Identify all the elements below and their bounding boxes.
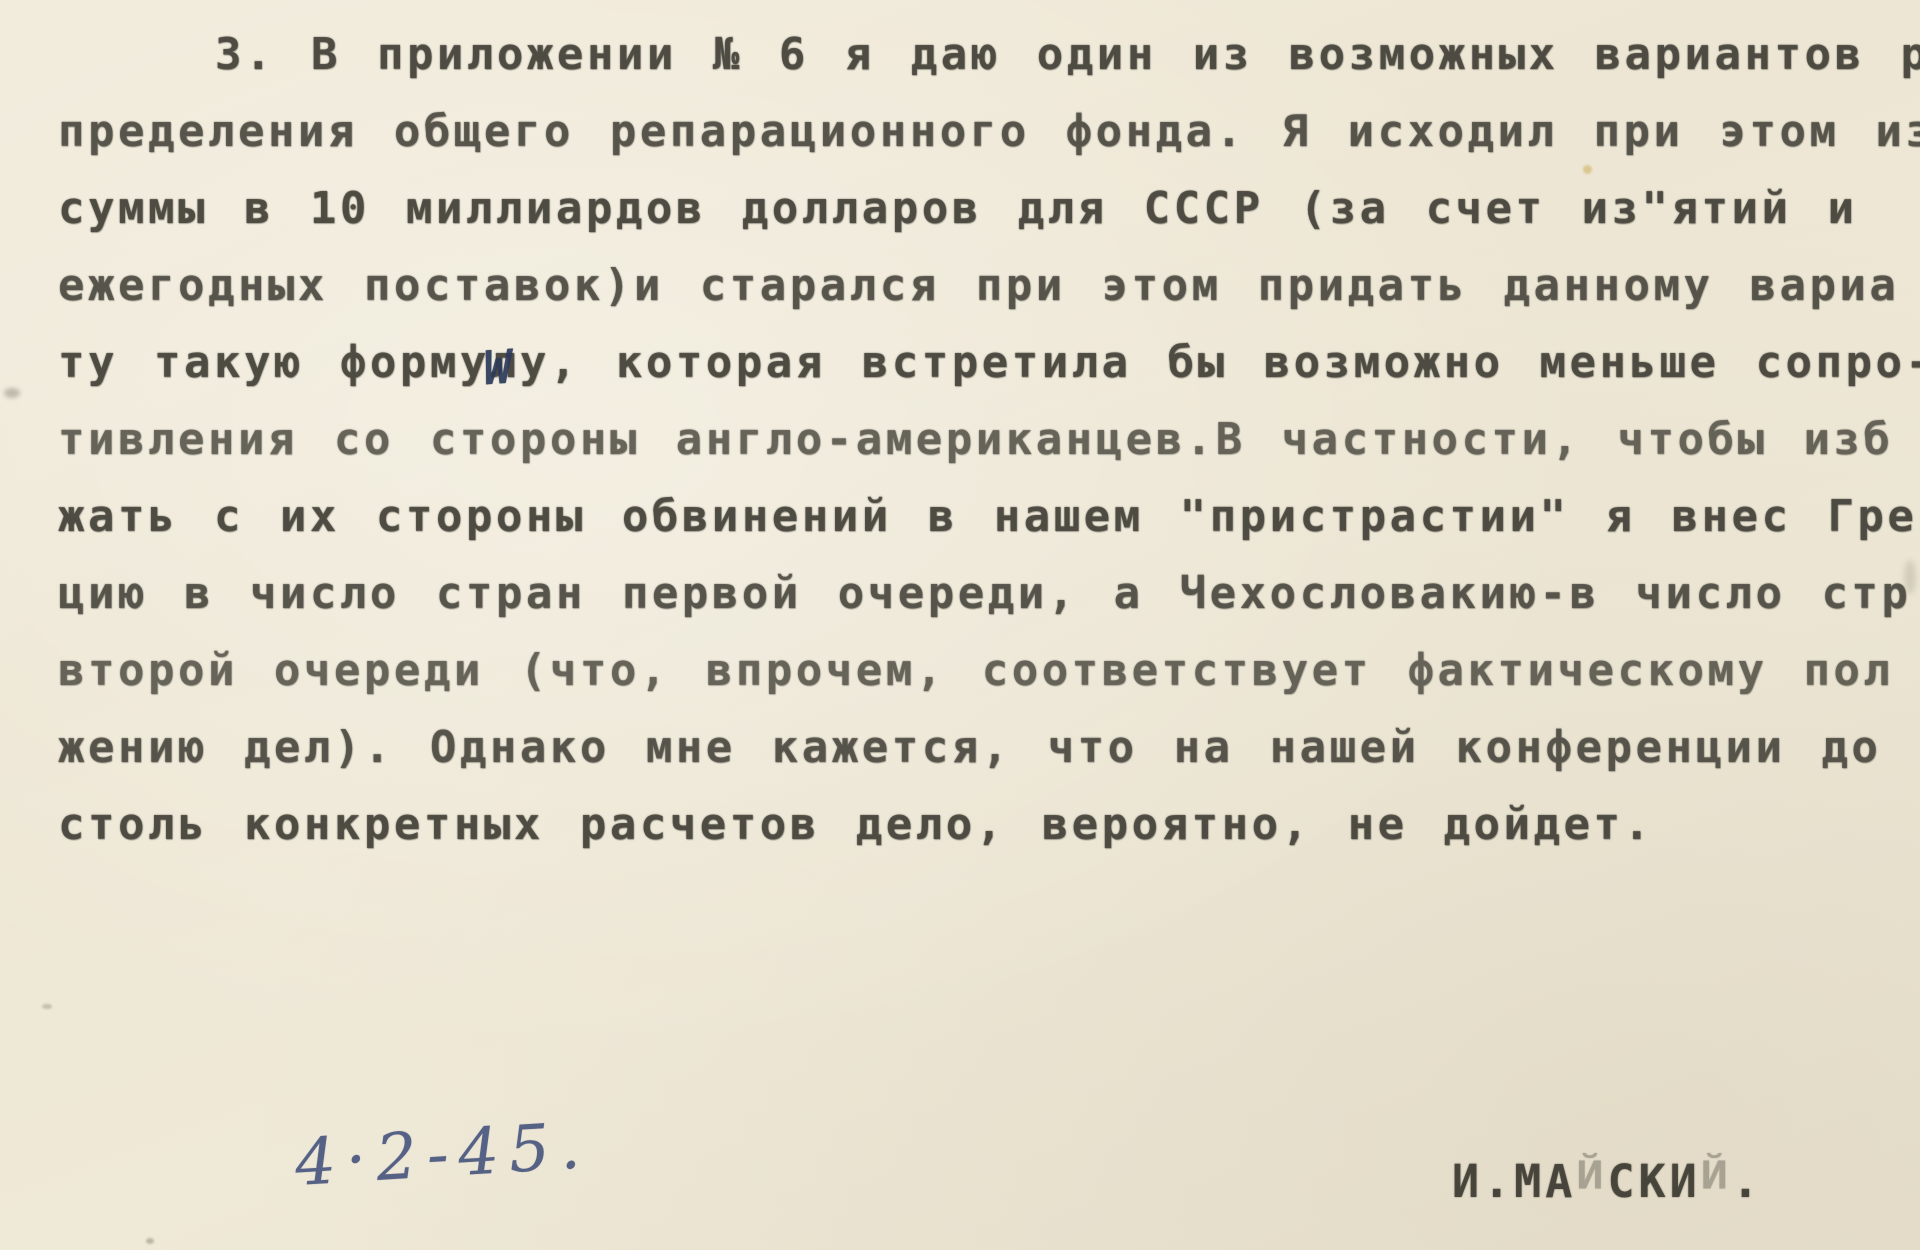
typed-text-segment: цию в число стран первой очереди, а Чехо… [58, 568, 1911, 619]
typed-text-segment: столь конкретных расчетов дело, вероятно… [58, 799, 1654, 850]
document-page: З. В приложении № 6 я даю один из возмож… [0, 0, 1920, 1250]
typed-text-segment: ту такую форму [58, 337, 490, 388]
signature-letter-group: И.МА [1452, 1155, 1576, 1208]
paper-speck [4, 388, 20, 398]
typed-line: цию в число стран первой очереди, а Чехо… [58, 555, 1920, 632]
typed-line: пределения общего репарационного фонда. … [58, 93, 1920, 170]
paper-speck [146, 1238, 154, 1244]
signature-letter-group: . [1732, 1155, 1763, 1208]
typed-text-segment: пределения общего репарационного фонда. … [58, 106, 1920, 157]
typed-text-segment: второй очереди (что, впрочем, соответств… [58, 645, 1893, 696]
signature-faded-letter: Й [1576, 1153, 1607, 1198]
typed-text-segment: З. В приложении № 6 я даю один из возмож… [215, 29, 1920, 80]
typed-line: второй очереди (что, впрочем, соответств… [58, 632, 1920, 709]
typed-line: ежегодных поставок)и старался при этом п… [58, 247, 1920, 324]
typed-line: ту такую формулуW, которая встретила бы … [58, 324, 1920, 401]
typed-text-segment: , которая встретила бы возможно меньше с… [550, 337, 1920, 388]
handwritten-date: 4·2-45. [293, 1109, 592, 1201]
typed-line: жать с их стороны обвинений в нашем "при… [58, 478, 1920, 555]
signature-letter-group: СКИ [1607, 1155, 1700, 1208]
typed-line: жению дел). Однако мне кажется, что на н… [58, 709, 1920, 786]
typed-line: столь конкретных расчетов дело, вероятно… [58, 786, 1920, 863]
typed-paragraph: З. В приложении № 6 я даю один из возмож… [58, 16, 1920, 863]
typed-line: тивления со стороны англо-американцев.В … [58, 401, 1920, 478]
typed-text-segment: суммы в 10 миллиардов долларов для СССР … [58, 183, 1857, 234]
paper-speck [42, 1004, 52, 1009]
typed-line: суммы в 10 миллиардов долларов для СССР … [58, 170, 1920, 247]
typed-text-segment: тивления со стороны англо-американцев.В … [58, 414, 1893, 465]
signature-faded-letter: Й [1701, 1153, 1732, 1198]
signature-typed: И.МАЙСКИЙ. [1452, 1155, 1763, 1208]
typed-line: З. В приложении № 6 я даю один из возмож… [58, 16, 1920, 93]
typed-text-segment: жать с их стороны обвинений в нашем "при… [58, 491, 1917, 542]
typed-text-segment: жению дел). Однако мне кажется, что на н… [58, 722, 1881, 773]
typed-text-segment: луW [490, 337, 550, 388]
typed-text-segment: ежегодных поставок)и старался при этом п… [58, 260, 1899, 311]
